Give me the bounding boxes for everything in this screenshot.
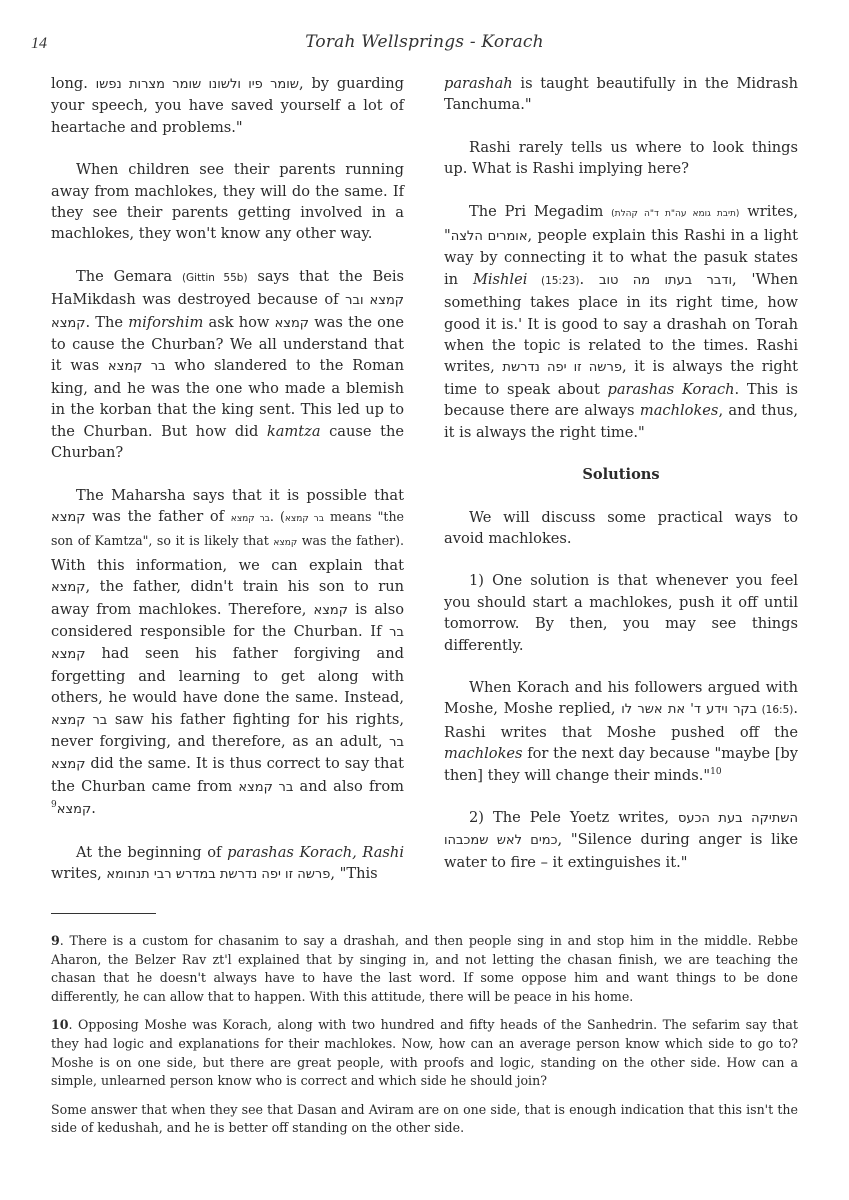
paragraph: The Maharsha says that it is possible th…: [51, 485, 404, 821]
running-header: 14 Torah Wellsprings - Korach: [0, 30, 849, 60]
right-column: parashah is taught beautifully in the Mi…: [444, 73, 798, 894]
text: and also from: [293, 778, 404, 795]
italic-term: kamtza: [267, 423, 321, 440]
text: . (: [270, 509, 285, 524]
text: At the beginning of: [76, 844, 227, 861]
italic-term: parashas Korach: [608, 381, 735, 398]
paragraph: long. שומר פיו ולשונו שומר מצרות נפשו, b…: [51, 73, 404, 138]
italic-term: machlokes: [640, 402, 719, 419]
paragraph: 1) One solution is that whenever you fee…: [444, 570, 798, 656]
italic-term: parashah: [444, 75, 513, 92]
text: , "This: [330, 865, 377, 882]
hebrew-term: בר קמצא: [231, 514, 270, 524]
paragraph: Rashi rarely tells us where to look thin…: [444, 137, 798, 180]
source-citation: (Gittin 55b): [182, 272, 248, 284]
text: writes,: [51, 865, 106, 882]
hebrew-quote: שומר פיו ולשונו שומר מצרות נפשו: [96, 77, 299, 92]
hebrew-term: אומרים הלצה: [451, 229, 528, 244]
text: The Pri Megadim: [469, 203, 611, 220]
paragraph: parashah is taught beautifully in the Mi…: [444, 73, 798, 116]
text: was the father).: [297, 533, 404, 548]
book-page: 14 Torah Wellsprings - Korach long. שומר…: [0, 0, 849, 1200]
text: had seen his father forgiving and forget…: [51, 645, 404, 706]
footnote-10-continuation: Some answer that when they see that Dasa…: [51, 1101, 798, 1138]
hebrew-quote: בקר וידע ד' את אשר לו: [621, 702, 757, 717]
hebrew-term: בר קמצא: [285, 514, 324, 524]
footnote-10: 10. Opposing Moshe was Korach, along wit…: [51, 1016, 798, 1090]
paragraph: We will discuss some practical ways to a…: [444, 507, 798, 550]
paragraph: The Pri Megadim (תיבת גומא עה"ת ד"ה קהלת…: [444, 201, 798, 443]
source-citation: (15:23): [527, 275, 579, 287]
source-citation: (16:5): [757, 704, 793, 716]
hebrew-term: קמצא: [275, 316, 309, 331]
footnote-text: . Opposing Moshe was Korach, along with …: [51, 1017, 798, 1088]
hebrew-term: קמצא: [273, 538, 297, 548]
paragraph: When Korach and his followers argued wit…: [444, 677, 798, 786]
hebrew-term: בר קמצא: [51, 713, 107, 728]
text: .: [91, 800, 96, 817]
text: The Gemara: [76, 268, 182, 285]
italic-term: miforshim: [128, 314, 203, 331]
hebrew-quote: פרשה זו יפה נדרשת: [502, 360, 622, 375]
text: .: [579, 271, 599, 288]
text: With this information, we can explain th…: [51, 557, 404, 574]
footnote-number: 10: [51, 1017, 69, 1032]
footnotes: 9. There is a custom for chasanim to say…: [51, 932, 798, 1148]
hebrew-quote: פרשה זו יפה נדרשת במדרש רבי תנחומא: [106, 867, 330, 882]
text: was the father of: [85, 508, 230, 525]
text: ask how: [203, 314, 274, 331]
paragraph: At the beginning of parashas Korach, Ras…: [51, 842, 404, 886]
source-citation: (תיבת גומא עה"ת ד"ה קהלת): [611, 209, 739, 219]
book-title: Torah Wellsprings - Korach: [0, 32, 849, 52]
section-heading: Solutions: [444, 464, 798, 485]
footnote-divider: [51, 913, 156, 914]
footnote-text: . There is a custom for chasanim to say …: [51, 933, 798, 1004]
paragraph: When children see their parents running …: [51, 159, 404, 245]
paragraph: The Gemara (Gittin 55b) says that the Be…: [51, 266, 404, 464]
footnote-number: 9: [51, 933, 60, 948]
hebrew-term: קמצא: [51, 510, 85, 525]
footnote-9: 9. There is a custom for chasanim to say…: [51, 932, 798, 1006]
italic-term: parashas Korach, Rashi: [227, 844, 404, 861]
hebrew-term: קמצא: [314, 603, 348, 618]
italic-term: machlokes: [444, 745, 523, 762]
hebrew-quote: ודבר בעתו מה טוב: [599, 273, 732, 288]
text: long.: [51, 75, 96, 92]
text: 2) The Pele Yoetz writes,: [469, 809, 678, 826]
hebrew-term: קמצא: [57, 802, 91, 817]
text: . The: [85, 314, 128, 331]
paragraph: 2) The Pele Yoetz writes, השתיקה בעת הכע…: [444, 807, 798, 873]
italic-term: Mishlei: [473, 271, 527, 288]
text: The Maharsha says that it is possible th…: [76, 487, 404, 504]
hebrew-term: קמצא: [51, 580, 85, 595]
hebrew-term: בר קמצא: [108, 359, 166, 374]
hebrew-term: בר קמצא: [238, 780, 293, 795]
left-column: long. שומר פיו ולשונו שומר מצרות נפשו, b…: [51, 73, 404, 906]
footnote-ref-10[interactable]: 10: [710, 767, 721, 777]
